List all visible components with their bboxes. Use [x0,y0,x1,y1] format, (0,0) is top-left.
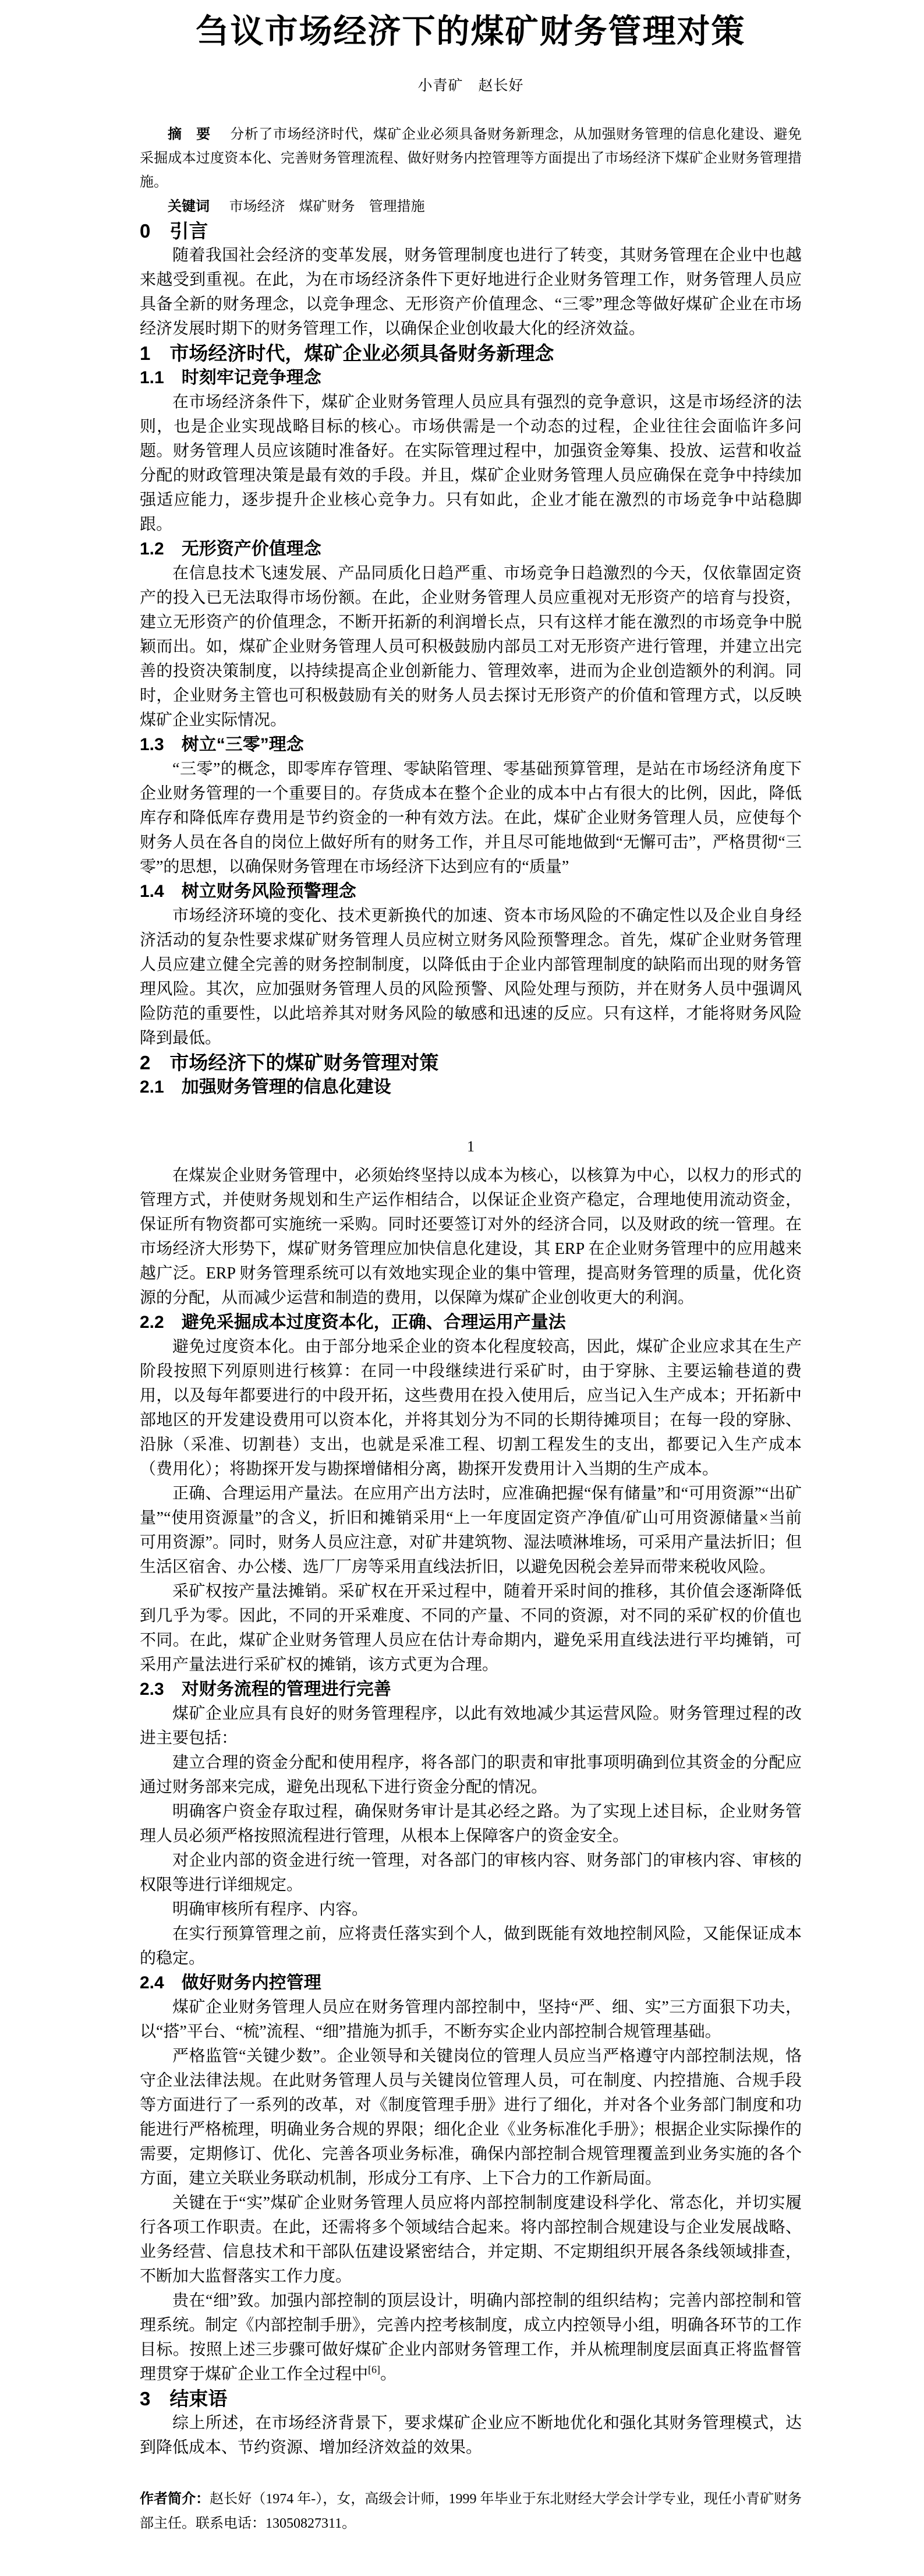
author-bio: 作者简介：赵长好（1974 年-），女，高级会计师，1999 年毕业于东北财经大… [140,2487,802,2536]
author-bio-text: 赵长好（1974 年-），女，高级会计师，1999 年毕业于东北财经大学会计学专… [140,2492,802,2531]
section-heading-0-introduction: 0 引言 [140,219,802,243]
section-heading-1-1: 1.1 时刻牢记竞争理念 [140,366,802,390]
paragraph-introduction: 随着我国社会经济的变革发展，财务管理制度也进行了转变，其财务管理在企业中也越来越… [140,243,802,341]
paragraph-2-2-c: 采矿权按产量法摊销。采矿权在开采过程中，随着开采时间的推移，其价值会逐渐降低到几… [140,1579,802,1677]
paragraph-2-4-d-tail: 。 [380,2365,396,2383]
abstract-text: 分析了市场经济时代，煤矿企业必须具备财务新理念，从加强财务管理的信息化建设、避免… [140,127,802,190]
section-heading-2-4: 2.4 做好财务内控管理 [140,1971,802,1995]
page-number: 1 [140,1135,802,1159]
paragraph-2-3-intro: 煤矿企业应具有良好的财务管理程序，以此有效地减少其运营风险。财务管理过程的改进主… [140,1702,802,1751]
paper-title: 刍议市场经济下的煤矿财务管理对策 [140,8,802,55]
paragraph-2-2-a: 避免过度资本化。由于部分地采企业的资本化程度较高，因此，煤矿企业应求其在生产阶段… [140,1335,802,1482]
abstract-paragraph: 摘 要分析了市场经济时代，煤矿企业必须具备财务新理念，从加强财务管理的信息化建设… [140,122,802,195]
section-heading-1-3: 1.3 树立“三零”理念 [140,733,802,757]
paragraph-2-3-item-3: 对企业内部的资金进行统一管理，对各部门的审核内容、财务部门的审核内容、审核的权限… [140,1849,802,1897]
paragraph-1-4: 市场经济环境的变化、技术更新换代的加速、资本市场风险的不确定性以及企业自身经济活… [140,904,802,1051]
section-heading-3-conclusion: 3 结束语 [140,2387,802,2411]
abstract-label: 摘 要 [168,126,211,142]
paragraph-2-4-c: 关键在于“实”煤矿企业财务管理人员应将内部控制制度建设科学化、常态化，并切实履行… [140,2191,802,2289]
paragraph-2-4-b: 严格监管“关键少数”。企业领导和关键岗位的管理人员应当严格遵守内部控制法规，恪守… [140,2044,802,2191]
keywords-label: 关键词 [168,199,210,214]
paragraph-2-4-d: 贵在“细”致。加强内部控制的顶层设计，明确内部控制的组织结构；完善内部控制和管理… [140,2289,802,2387]
document-page: 刍议市场经济下的煤矿财务管理对策 小青矿 赵长好 摘 要分析了市场经济时代，煤矿… [0,0,924,2576]
paragraph-2-3-item-5: 在实行预算管理之前，应将责任落实到个人，做到既能有效地控制风险，又能保证成本的稳… [140,1922,802,1971]
keywords-text: 市场经济 煤矿财务 管理措施 [229,199,425,214]
paragraph-2-3-item-1: 建立合理的资金分配和使用程序，将各部门的职责和审批事项明确到位其资金的分配应通过… [140,1751,802,1800]
paragraph-2-4-d-text: 贵在“细”致。加强内部控制的顶层设计，明确内部控制的组织结构；完善内部控制和管理… [140,2292,802,2383]
section-heading-1-2: 1.2 无形资产价值理念 [140,537,802,561]
section-heading-1-4: 1.4 树立财务风险预警理念 [140,879,802,904]
author-bio-label: 作者简介： [140,2491,210,2507]
keywords-line: 关键词市场经济 煤矿财务 管理措施 [140,195,802,219]
section-heading-2: 2 市场经济下的煤矿财务管理对策 [140,1051,802,1075]
paragraph-2-3-item-4: 明确审核所有程序、内容。 [140,1897,802,1922]
paragraph-2-4-a: 煤矿企业财务管理人员应在财务管理内部控制中，坚持“严、细、实”三方面狠下功夫，以… [140,1995,802,2044]
section-heading-2-3: 2.3 对财务流程的管理进行完善 [140,1677,802,1702]
paragraph-1-2: 在信息技术飞速发展、产品同质化日趋严重、市场竞争日趋激烈的今天，仅依靠固定资产的… [140,561,802,733]
reference-marker: [6] [368,2364,380,2376]
section-heading-1: 1 市场经济时代，煤矿企业必须具备财务新理念 [140,341,802,366]
paragraph-2-1: 在煤炭企业财务管理中，必须始终坚持以成本为核心，以核算为中心，以权力的形式的管理… [140,1164,802,1310]
paragraph-2-2-b: 正确、合理运用产量法。在应用产出方法时，应准确把握“保有储量”和“可用资源”“出… [140,1482,802,1579]
paragraph-2-3-item-2: 明确客户资金存取过程，确保财务审计是其必经之路。为了实现上述目标，企业财务管理人… [140,1800,802,1849]
paragraph-conclusion: 综上所述，在市场经济背景下，要求煤矿企业应不断地优化和强化其财务管理模式，达到降… [140,2411,802,2460]
authors-line: 小青矿 赵长好 [140,76,802,97]
section-heading-2-1: 2.1 加强财务管理的信息化建设 [140,1075,802,1100]
section-heading-2-2: 2.2 避免采掘成本过度资本化，正确、合理运用产量法 [140,1310,802,1335]
paragraph-1-3: “三零”的概念，即零库存管理、零缺陷管理、零基础预算管理，是站在市场经济角度下企… [140,757,802,879]
paragraph-1-1: 在市场经济条件下，煤矿企业财务管理人员应具有强烈的竞争意识，这是市场经济的法则，… [140,390,802,537]
